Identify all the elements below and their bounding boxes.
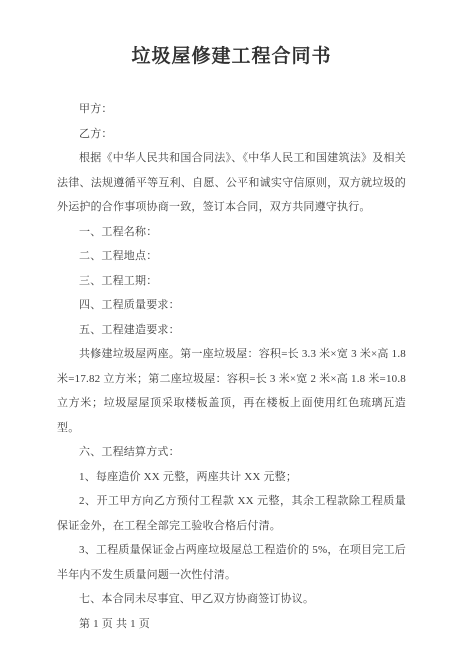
clause-construction-requirements: 五、工程建造要求： [57, 318, 406, 343]
page-number-footer: 第 1 页 共 1 页 [57, 612, 406, 637]
clause-quality-requirements: 四、工程质量要求： [57, 293, 406, 318]
preamble-paragraph: 根据《中华人民共和国合同法》、《中华人民工和国建筑法》及相关法律、法规遵循平等互… [57, 146, 406, 220]
contract-document-page: 垃圾屋修建工程合同书 甲方： 乙方： 根据《中华人民共和国合同法》、《中华人民工… [0, 0, 463, 655]
final-clause: 七、本合同未尽事宜、甲乙双方协商签订协议。 [57, 587, 406, 612]
document-title: 垃圾屋修建工程合同书 [57, 44, 406, 70]
settlement-heading: 六、工程结算方式： [57, 440, 406, 465]
clause-project-location: 二、工程地点： [57, 244, 406, 269]
construction-spec-paragraph: 共修建垃圾屋两座。第一座垃圾屋：容积=长 3.3 米×宽 3 米×高 1.8 米… [57, 342, 406, 440]
clause-project-name: 一、工程名称： [57, 220, 406, 245]
settlement-item-1: 1、每座造价 XX 元整，两座共计 XX 元整； [57, 465, 406, 490]
party-a-label: 甲方： [57, 97, 406, 122]
party-b-label: 乙方： [57, 122, 406, 147]
settlement-item-3: 3、工程质量保证金占两座垃圾屋总工程造价的 5%，在项目完工后半年内不发生质量问… [57, 538, 406, 587]
clause-project-duration: 三、工程工期： [57, 269, 406, 294]
settlement-item-2: 2、开工甲方向乙方预付工程款 XX 元整，其余工程款除工程质量保证金外，在工程全… [57, 489, 406, 538]
